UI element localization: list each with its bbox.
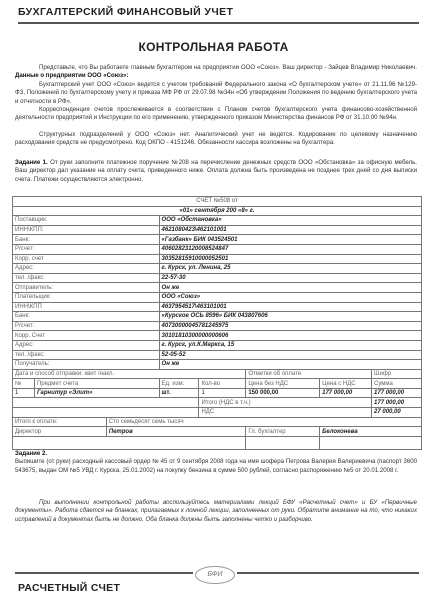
signature-row xyxy=(13,436,422,449)
institute-logo-icon: БФИ xyxy=(195,566,235,584)
table-row: Дата и способ отправки: квит /накл. Отме… xyxy=(13,369,422,379)
table-row: тел. /факс:22-57-30 xyxy=(13,273,422,283)
director-label: Директор xyxy=(13,427,107,437)
to-pay-label: Итого к оплате: xyxy=(13,417,107,427)
table-row: Поставщик:ООО «Обстановка» xyxy=(13,216,422,226)
vat-value: 27 000,00 xyxy=(372,408,422,418)
table-row: Адрес:г. Курск, ул.К.Маркса, 15 xyxy=(13,340,422,350)
table-row: Отправитель:Он же xyxy=(13,283,422,293)
intro-text: Представьте, что Вы работаете главным бу… xyxy=(39,64,417,71)
accountant-label: Гл. бухгалтер xyxy=(246,427,320,437)
vat-label: НДС xyxy=(199,408,372,418)
task-1-label: Задание 1. xyxy=(15,159,48,166)
table-row: Р/счет:40730000045781245975 xyxy=(13,321,422,331)
footer-divider-right xyxy=(237,572,419,574)
table-header-row: № Предмет счета Ед. изм. Кол-во Цена без… xyxy=(13,379,422,389)
table-row: Адрес:г. Курск, ул. Ленина, 25 xyxy=(13,264,422,274)
table-row: Корр. счет30352815910000052501 xyxy=(13,254,422,264)
page-title: КОНТРОЛЬНАЯ РАБОТА xyxy=(0,40,427,54)
task-2: Задание 2. Выпишите (от руки) расходный … xyxy=(15,450,417,475)
task-2-text: Выпишите (от руки) расходный кассовый ор… xyxy=(15,458,417,473)
cipher: Шифр xyxy=(372,369,422,379)
table-row: ИНН\КПП4637954517\463101001 xyxy=(13,302,422,312)
table-row: НДС 27 000,00 xyxy=(13,408,422,418)
accountant-name: Белоконева xyxy=(320,427,422,437)
header-divider xyxy=(18,22,419,24)
intro-paragraph-3: Корреспонденция счетов прослеживается в … xyxy=(15,106,417,123)
table-row: Плательщик:ООО «Союз» xyxy=(13,292,422,302)
table-row: Итого к оплате: Сто семьдесят семь тысяч xyxy=(13,417,422,427)
intro-paragraph-4: Структурных подразделений у ООО «Союз» н… xyxy=(15,131,417,148)
invoice-title: СЧЕТ №508 от xyxy=(13,197,422,207)
table-row: Директор Петров Гл. бухгалтер Белоконева xyxy=(13,427,422,437)
total-value: 177 000,00 xyxy=(372,398,422,408)
invoice-table: СЧЕТ №508 от «01» сентября 200 «8» г. По… xyxy=(12,196,422,450)
company-data-heading: Данные о предприятии ООО «Союз»: xyxy=(15,72,128,79)
task-1-text: От руки заполните платежное поручение №2… xyxy=(15,159,417,183)
table-row: Корр. Счет30101810300000000606 xyxy=(13,331,422,341)
table-row: Банк:«Газбанк» БИК 043524501 xyxy=(13,235,422,245)
table-row: ИНН\КПП:4621080423\462101001 xyxy=(13,225,422,235)
table-row: Банк:«Курское ОСЬ 8596» БИК 043807606 xyxy=(13,312,422,322)
table-row: тел. /факс:52-05-52 xyxy=(13,350,422,360)
intro-paragraph-1: Представьте, что Вы работаете главным бу… xyxy=(15,64,417,81)
instructions-note: При выполнении контрольной работы воспол… xyxy=(15,499,417,524)
task-2-label: Задание 2. xyxy=(15,450,47,457)
director-name: Петров xyxy=(106,427,246,437)
table-row: Итого (НДС в т.ч.) 177 000,00 xyxy=(13,398,422,408)
shipping-method: Дата и способ отправки: квит /накл. xyxy=(13,369,246,379)
task-1: Задание 1. От руки заполните платежное п… xyxy=(15,159,417,184)
table-row: Р/счет:40602823120008524847 xyxy=(13,244,422,254)
table-row: Получатель:Он же xyxy=(13,360,422,370)
section-header: БУХГАЛТЕРСКИЙ ФИНАНСОВЫЙ УЧЕТ xyxy=(18,6,233,18)
footer-section-title: РАСЧЕТНЫЙ СЧЕТ xyxy=(18,582,120,594)
intro-paragraph-2: Бухгалтерский учет ООО «Союз» ведется с … xyxy=(15,81,417,106)
footer-divider-left xyxy=(15,572,193,574)
table-row: 1 Гарнитур «Элит» шт. 1 150 000,00 177 0… xyxy=(13,388,422,398)
total-label: Итого (НДС в т.ч.) xyxy=(199,398,372,408)
payment-marks: Отметки об оплате xyxy=(246,369,372,379)
to-pay-words: Сто семьдесят семь тысяч xyxy=(106,417,421,427)
invoice-date: «01» сентября 200 «8» г. xyxy=(13,206,422,216)
